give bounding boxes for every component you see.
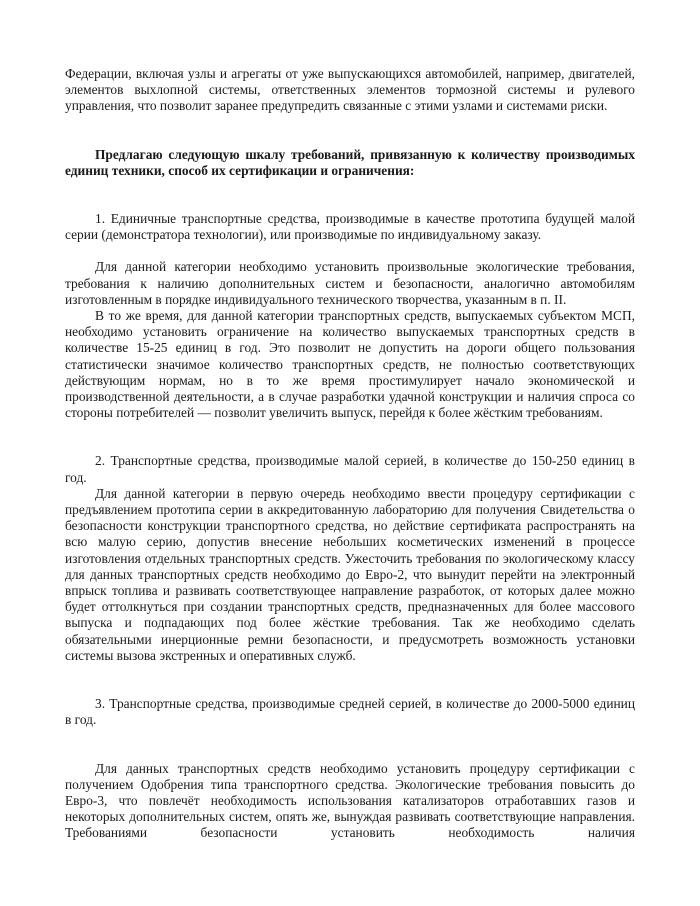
item1-paragraph-2: В то же время, для данной категории тран…: [65, 308, 635, 421]
spacer: [65, 664, 635, 696]
spacer: [65, 729, 635, 761]
intro-paragraph: Федерации, включая узлы и агрегаты от уж…: [65, 66, 635, 115]
document-page: Федерации, включая узлы и агрегаты от уж…: [65, 66, 635, 842]
spacer: [65, 421, 635, 453]
scale-heading: Предлагаю следующую шкалу требований, пр…: [65, 147, 635, 179]
item2-title: 2. Транспортные средства, производимые м…: [65, 453, 635, 485]
item3-title: 3. Транспортные средства, производимые с…: [65, 696, 635, 728]
spacer: [65, 179, 635, 211]
item3-paragraph-1: Для данных транспортных средств необходи…: [65, 761, 635, 842]
item1-title: 1. Единичные транспортные средства, прои…: [65, 211, 635, 243]
spacer: [65, 115, 635, 147]
item1-paragraph-1: Для данной категории необходимо установи…: [65, 259, 635, 308]
item2-paragraph-1: Для данной категории в первую очередь не…: [65, 486, 635, 664]
spacer: [65, 243, 635, 259]
